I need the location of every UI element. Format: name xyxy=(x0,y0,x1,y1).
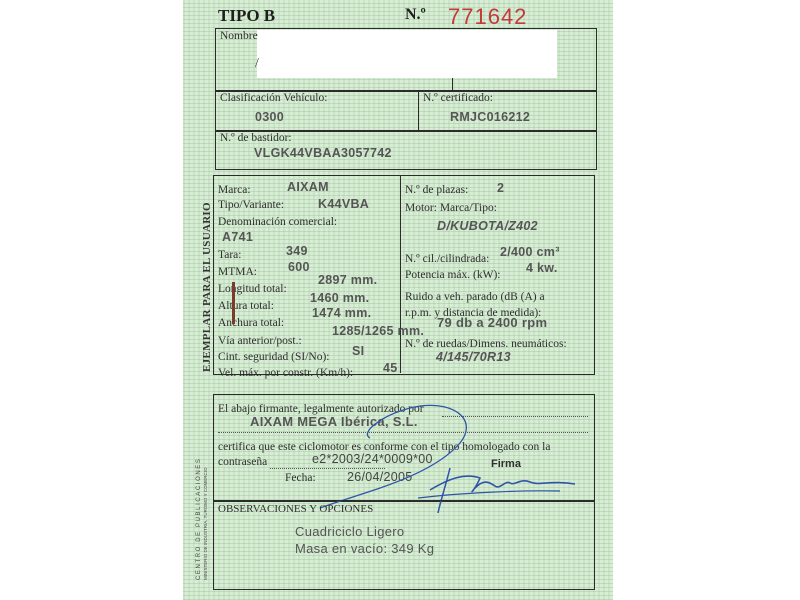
ruedas-label: N.º de ruedas/Dimens. neumáticos: xyxy=(405,338,567,350)
password-label: contraseña xyxy=(218,456,267,468)
via-value: 1285/1265 mm. xyxy=(332,324,424,338)
nombre-label: Nombre xyxy=(220,30,258,42)
certificado-label: N.º certificado: xyxy=(423,92,493,104)
cinturon-label: Cint. seguridad (SI/No): xyxy=(218,351,329,363)
redacted-name xyxy=(257,30,557,78)
publisher-margin-text-1: CENTRO DE PUBLICACIONES xyxy=(196,458,202,580)
divider xyxy=(452,78,453,90)
tipo-variante-value: K44VBA xyxy=(318,197,369,211)
observation-line-1: Cuadriciclo Ligero xyxy=(295,524,404,539)
potencia-label: Potencia máx. (kW): xyxy=(405,269,500,281)
altura-value: 1460 mm. xyxy=(310,291,369,305)
marca-label: Marca: xyxy=(218,184,251,196)
tara-label: Tara: xyxy=(218,249,241,261)
denominacion-value: A741 xyxy=(222,230,253,244)
handwritten-mark: / xyxy=(255,56,259,72)
marca-value: AIXAM xyxy=(287,180,329,194)
plazas-value: 2 xyxy=(497,181,504,195)
motor-label: Motor: Marca/Tipo: xyxy=(405,202,497,214)
mtma-value: 600 xyxy=(288,260,310,274)
clasificacion-value: 0300 xyxy=(255,110,284,124)
velocidad-label: Vel. máx. por constr. (Km/h): xyxy=(218,367,353,379)
denominacion-label: Denominación comercial: xyxy=(218,216,337,228)
anchura-value: 1474 mm. xyxy=(312,306,371,320)
ruido-value: 79 db a 2400 rpm xyxy=(437,315,547,330)
via-label: Vía anterior/post.: xyxy=(218,335,302,347)
mtma-label: MTMA: xyxy=(218,266,257,278)
plazas-label: N.º de plazas: xyxy=(405,184,468,196)
longitud-value: 2897 mm. xyxy=(318,273,377,287)
tipo-variante-label: Tipo/Variante: xyxy=(218,199,284,211)
cilindrada-label: N.º cil./cilindrada: xyxy=(405,253,489,265)
divider xyxy=(418,90,419,130)
cinturon-value: SI xyxy=(352,344,364,358)
observations-heading: OBSERVACIONES Y OPCIONES xyxy=(218,503,373,515)
divider xyxy=(400,175,401,373)
ruido-label-1: Ruido a veh. parado (dB (A) a xyxy=(405,291,545,303)
potencia-value: 4 kw. xyxy=(526,261,558,275)
bastidor-label: N.º de bastidor: xyxy=(220,132,292,144)
anchura-label: Anchura total: xyxy=(218,317,284,329)
velocidad-value: 45 xyxy=(383,361,398,375)
clasificacion-label: Clasificación Vehículo: xyxy=(220,92,327,104)
certificado-value: RMJC016212 xyxy=(450,110,530,124)
bastidor-value: VLGK44VBAA3057742 xyxy=(254,146,392,160)
serial-number: 771642 xyxy=(448,4,527,30)
altura-label: Altura total: xyxy=(218,300,274,312)
observation-line-2: Masa en vacío: 349 Kg xyxy=(295,541,434,556)
publisher-margin-text-2: MINISTERIO DE INDUSTRIA, TURISMO Y COMER… xyxy=(203,467,208,580)
signature-scribble xyxy=(300,398,580,513)
number-label: N.º xyxy=(405,6,426,24)
tara-value: 349 xyxy=(286,244,308,258)
ink-mark xyxy=(232,282,235,324)
form-type-title: TIPO B xyxy=(218,6,275,26)
usuario-margin-text: EJEMPLAR PARA EL USUARIO xyxy=(201,202,213,372)
motor-value: D/KUBOTA/Z402 xyxy=(437,219,538,233)
cilindrada-value: 2/400 cm³ xyxy=(500,245,560,259)
ruedas-value: 4/145/70R13 xyxy=(436,350,511,364)
longitud-label: Longitud total: xyxy=(218,283,287,295)
